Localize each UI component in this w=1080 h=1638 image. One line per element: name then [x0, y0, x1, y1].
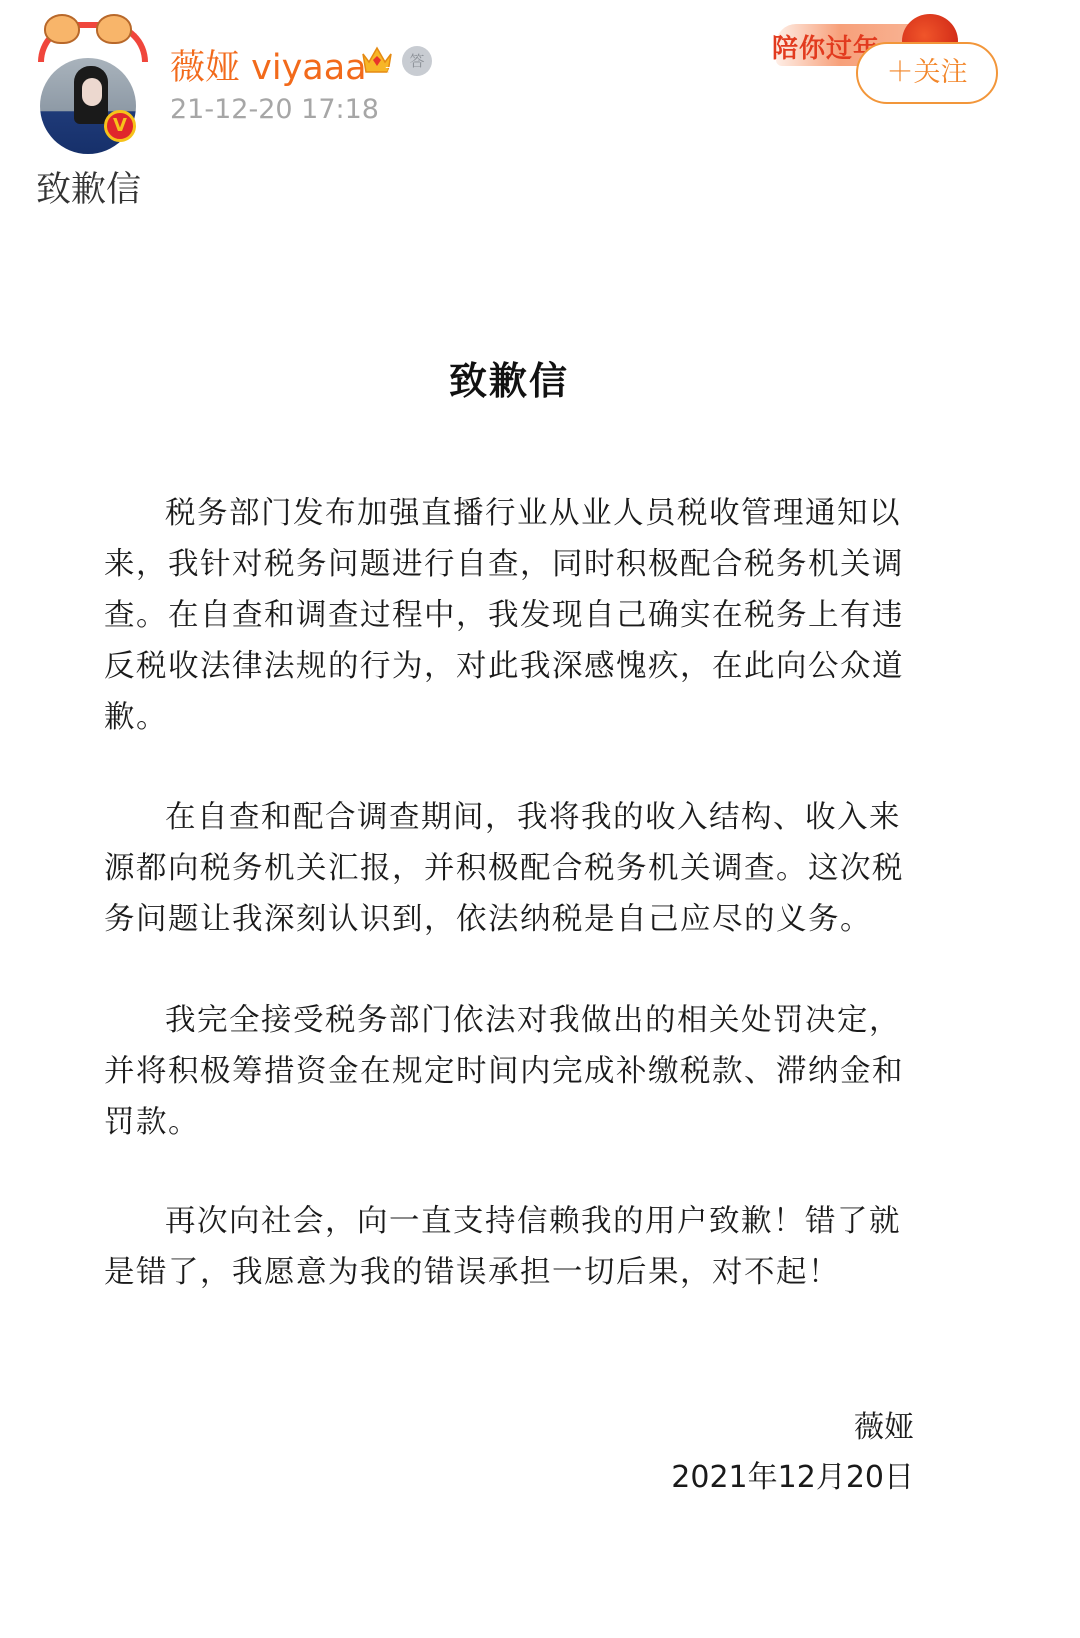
letter-heading: 致歉信	[104, 350, 914, 405]
post-header: V 薇娅 viyaaa 7 答 21-12-20 17:18 陪你过年 ＋关注	[0, 0, 1080, 160]
user-name[interactable]: 薇娅 viyaaa	[170, 40, 367, 90]
avatar[interactable]: V	[28, 10, 152, 140]
letter-paragraph: 我完全接受税务部门依法对我做出的相关处罚决定，并将积极筹措资金在规定时间内完成补…	[104, 995, 910, 1148]
post-title: 致歉信	[36, 162, 141, 212]
medal-answer-icon[interactable]: 答	[402, 46, 432, 76]
letter-paragraph: 再次向社会，向一直支持信赖我的用户致歉！错了就是错了，我愿意为我的错误承担一切后…	[104, 1196, 910, 1298]
letter-paragraph: 税务部门发布加强直播行业从业人员税收管理通知以来，我针对税务问题进行自查，同时积…	[104, 488, 910, 743]
avatar-face	[82, 78, 102, 106]
post-timestamp: 21-12-20 17:18	[170, 94, 379, 125]
crown-level-icon[interactable]: 7	[360, 44, 394, 76]
ox-mascot-icon	[96, 14, 132, 44]
ox-mascot-icon	[44, 14, 80, 44]
signature-name: 薇娅	[854, 1402, 914, 1446]
verified-v-icon: V	[104, 110, 136, 142]
signature-date: 2021年12月20日	[671, 1452, 914, 1496]
letter-paragraph: 在自查和配合调查期间，我将我的收入结构、收入来源都向税务机关汇报，并积极配合税务…	[104, 792, 910, 945]
follow-button[interactable]: ＋关注	[856, 42, 998, 104]
svg-text:7: 7	[385, 66, 391, 76]
